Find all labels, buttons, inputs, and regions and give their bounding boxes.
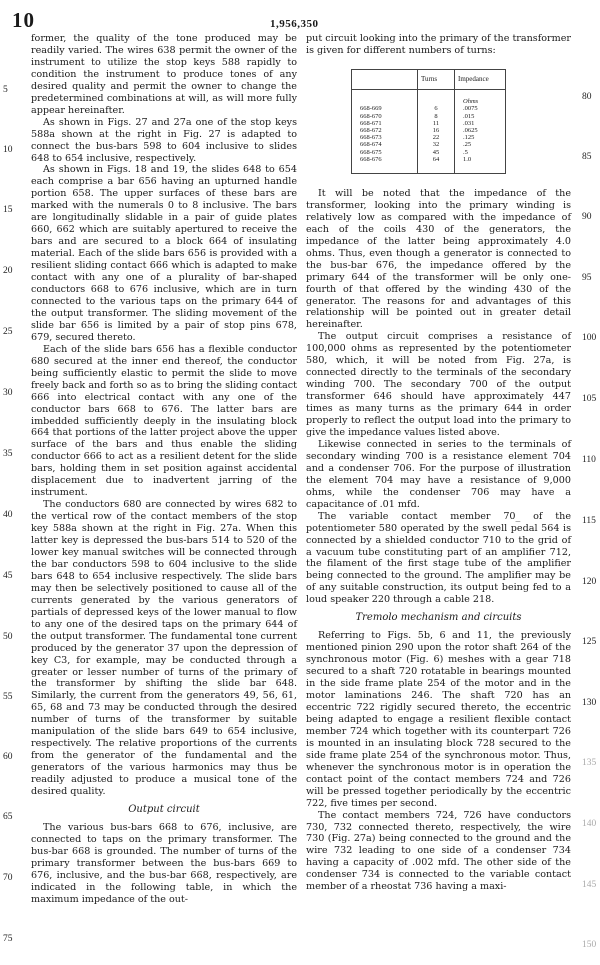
line-number: 70 (3, 873, 13, 883)
line-number: 145 (582, 880, 596, 890)
turns-cell: 22 (418, 134, 455, 141)
table-units-row: Ohms (352, 90, 506, 106)
tap-cell: 668-672 (352, 127, 418, 134)
table-row: 668-67111.031 (352, 120, 506, 127)
line-number: 125 (582, 637, 596, 647)
line-number: 15 (3, 205, 13, 215)
paragraph: The output circuit comprises a resistanc… (306, 331, 571, 439)
line-number: 75 (3, 934, 13, 944)
line-number: 150 (582, 940, 596, 950)
impedance-cell: .015 (455, 113, 506, 120)
turns-cell: 6 (418, 105, 455, 112)
table-row: 668-6708.015 (352, 113, 506, 120)
table-row: 668-6696.0075 (352, 105, 506, 112)
paragraph: Each of the slide bars 656 has a flexibl… (31, 344, 297, 499)
table-row: 668-67432.25 (352, 141, 506, 148)
paragraph: Referring to Figs. 5b, 6 and 11, the pre… (306, 630, 571, 809)
tap-cell: 668-670 (352, 113, 418, 120)
turns-cell: 32 (418, 141, 455, 148)
line-number: 65 (3, 812, 13, 822)
line-number: 35 (3, 449, 13, 459)
line-number: 95 (582, 273, 592, 283)
patent-number: 1,956,350 (270, 18, 319, 30)
turns-cell: 16 (418, 127, 455, 134)
turns-cell: 64 (418, 156, 455, 174)
line-number: 40 (3, 510, 13, 520)
table-row: 668-67545.5 (352, 149, 506, 156)
turns-cell: 11 (418, 120, 455, 127)
turns-cell: 8 (418, 113, 455, 120)
line-number: 120 (582, 577, 596, 587)
line-number: 30 (3, 388, 13, 398)
line-number: 85 (582, 152, 592, 162)
tap-cell: 668-675 (352, 149, 418, 156)
line-number: 115 (582, 516, 596, 526)
table-row: 668-67322.125 (352, 134, 506, 141)
paragraph: The conductors 680 are connected by wire… (31, 499, 297, 798)
impedance-cell: .0075 (455, 105, 506, 112)
table-row: 668-67216.0625 (352, 127, 506, 134)
line-number: 5 (3, 85, 8, 95)
tap-cell: 668-669 (352, 105, 418, 112)
paragraph: As shown in Figs. 18 and 19, the slides … (31, 164, 297, 343)
paragraph: put circuit looking into the primary of … (306, 33, 571, 57)
column-header-tap (352, 69, 418, 89)
line-number: 80 (582, 92, 592, 102)
paragraph: The various bus-bars 668 to 676, inclusi… (31, 822, 297, 906)
left-column: former, the quality of the tone produced… (31, 33, 297, 906)
line-number: 25 (3, 327, 13, 337)
line-number: 90 (582, 212, 592, 222)
line-number: 105 (582, 394, 596, 404)
column-header-impedance: Impedance (455, 69, 506, 89)
paragraph: The variable contact member 70_ of the p… (306, 511, 571, 607)
impedance-cell: 1.0 (455, 156, 506, 174)
table-row: 668-676641.0 (352, 156, 506, 174)
line-number: 140 (582, 819, 596, 829)
impedance-cell: .031 (455, 120, 506, 127)
impedance-cell: .25 (455, 141, 506, 148)
impedance-cell: .0625 (455, 127, 506, 134)
impedance-table-wrapper: Turns Impedance Ohms 668-6696.0075668-67… (351, 69, 506, 174)
section-heading-tremolo: Tremolo mechanism and circuits (306, 612, 571, 624)
paragraph: The contact members 724, 726 have conduc… (306, 810, 571, 894)
line-number: 55 (3, 692, 13, 702)
impedance-units: Ohms (455, 90, 506, 106)
line-number: 60 (3, 752, 13, 762)
line-number: 135 (582, 758, 596, 768)
line-number: 110 (582, 455, 596, 465)
turns-cell: 45 (418, 149, 455, 156)
tap-cell: 668-673 (352, 134, 418, 141)
column-header-turns: Turns (418, 69, 455, 89)
impedance-table: Turns Impedance Ohms 668-6696.0075668-67… (351, 69, 506, 174)
line-number: 100 (582, 333, 596, 343)
line-number: 130 (582, 698, 596, 708)
line-number: 10 (3, 145, 13, 155)
page-number: 10 (12, 8, 35, 33)
right-column: put circuit looking into the primary of … (306, 33, 571, 893)
impedance-cell: .5 (455, 149, 506, 156)
section-heading-output-circuit: Output circuit (31, 804, 297, 816)
paragraph: former, the quality of the tone produced… (31, 33, 297, 117)
paragraph: As shown in Figs. 27 and 27a one of the … (31, 117, 297, 165)
line-number: 45 (3, 571, 13, 581)
table-header-row: Turns Impedance (352, 69, 506, 89)
impedance-cell: .125 (455, 134, 506, 141)
tap-cell: 668-676 (352, 156, 418, 174)
tap-cell: 668-671 (352, 120, 418, 127)
paragraph: It will be noted that the impedance of t… (306, 188, 571, 331)
paragraph: Likewise connected in series to the term… (306, 439, 571, 511)
line-number: 20 (3, 266, 13, 276)
tap-cell: 668-674 (352, 141, 418, 148)
line-number: 50 (3, 632, 13, 642)
